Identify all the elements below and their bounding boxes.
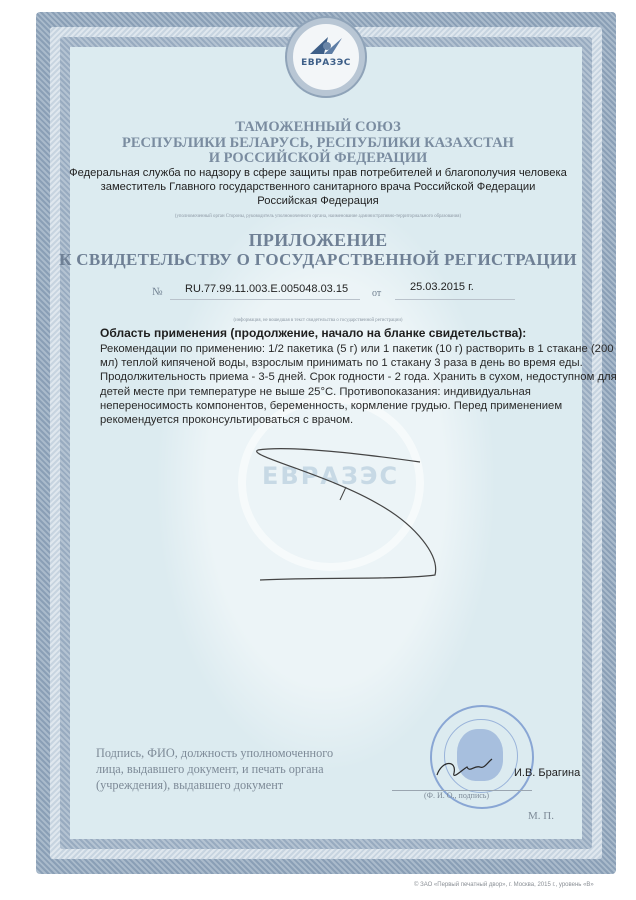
registration-from-label: от	[372, 288, 381, 299]
eurasec-emblem-badge: ЕВРАЗЭС	[287, 18, 365, 96]
usage-line: Продолжительность приема - 3-5 дней. Сро…	[100, 370, 580, 384]
handwritten-signature-icon	[432, 755, 502, 785]
title-certificate: К СВИДЕТЕЛЬСТВУ О ГОСУДАРСТВЕННОЙ РЕГИСТ…	[0, 250, 636, 270]
registration-row: № RU.77.99.11.003.E.005048.03.15 от 25.0…	[0, 283, 636, 303]
header-line-1: ТАМОЖЕННЫЙ СОЮЗ	[0, 119, 636, 135]
signature-label: Подпись, ФИО, должность уполномоченного …	[96, 745, 362, 793]
authority-line-3: Российская Федерация	[0, 194, 636, 208]
signature-label-line: Подпись, ФИО, должность уполномоченного	[96, 745, 362, 761]
authority-line-1: Федеральная служба по надзору в сфере за…	[0, 166, 636, 180]
usage-text: Рекомендации по применению: 1/2 пакетика…	[100, 342, 580, 427]
seal-place-label: М. П.	[528, 810, 554, 822]
section-title: Область применения (продолжение, начало …	[100, 326, 526, 340]
header-line-3: И РОССИЙСКОЙ ФЕДЕРАЦИИ	[0, 150, 636, 166]
header-line-2: РЕСПУБЛИКИ БЕЛАРУСЬ, РЕСПУБЛИКИ КАЗАХСТА…	[0, 135, 636, 151]
usage-line: рекомендуется проконсультироваться с вра…	[100, 413, 580, 427]
signature-label-line: лица, выдавшего документ, и печать орган…	[96, 761, 362, 777]
printer-imprint: © ЗАО «Первый печатный двор», г. Москва,…	[414, 882, 594, 888]
registration-number-underline	[170, 299, 360, 300]
registration-date-underline	[395, 299, 515, 300]
eurasec-emblem-icon	[306, 34, 346, 56]
registration-caption: (информация, не вошедшая в текст свидете…	[0, 318, 636, 323]
fio-caption: (Ф. И. О., подпись)	[424, 791, 489, 800]
authority-line-2: заместитель Главного государственного са…	[0, 180, 636, 194]
usage-line: непереносимость компонентов, беременност…	[100, 399, 580, 413]
usage-line: детей месте при температуре не выше 25°С…	[100, 385, 580, 399]
z-line-strike-icon	[250, 445, 450, 595]
authority-caption: (уполномоченный орган Стороны, руководит…	[0, 214, 636, 219]
registration-date: 25.03.2015 г.	[410, 281, 474, 293]
registration-number: RU.77.99.11.003.E.005048.03.15	[185, 283, 348, 295]
signer-name: И.В. Брагина	[514, 767, 580, 779]
usage-line: мл) теплой кипяченой воды, взрослым прин…	[100, 356, 580, 370]
document-content: ТАМОЖЕННЫЙ СОЮЗ РЕСПУБЛИКИ БЕЛАРУСЬ, РЕС…	[0, 0, 636, 900]
emblem-text: ЕВРАЗЭС	[293, 58, 359, 68]
title-appendix: ПРИЛОЖЕНИЕ	[0, 230, 636, 251]
registration-number-label: №	[152, 286, 163, 298]
signature-label-line: (учреждения), выдавшего документ	[96, 777, 362, 793]
usage-line: Рекомендации по применению: 1/2 пакетика…	[100, 342, 580, 356]
